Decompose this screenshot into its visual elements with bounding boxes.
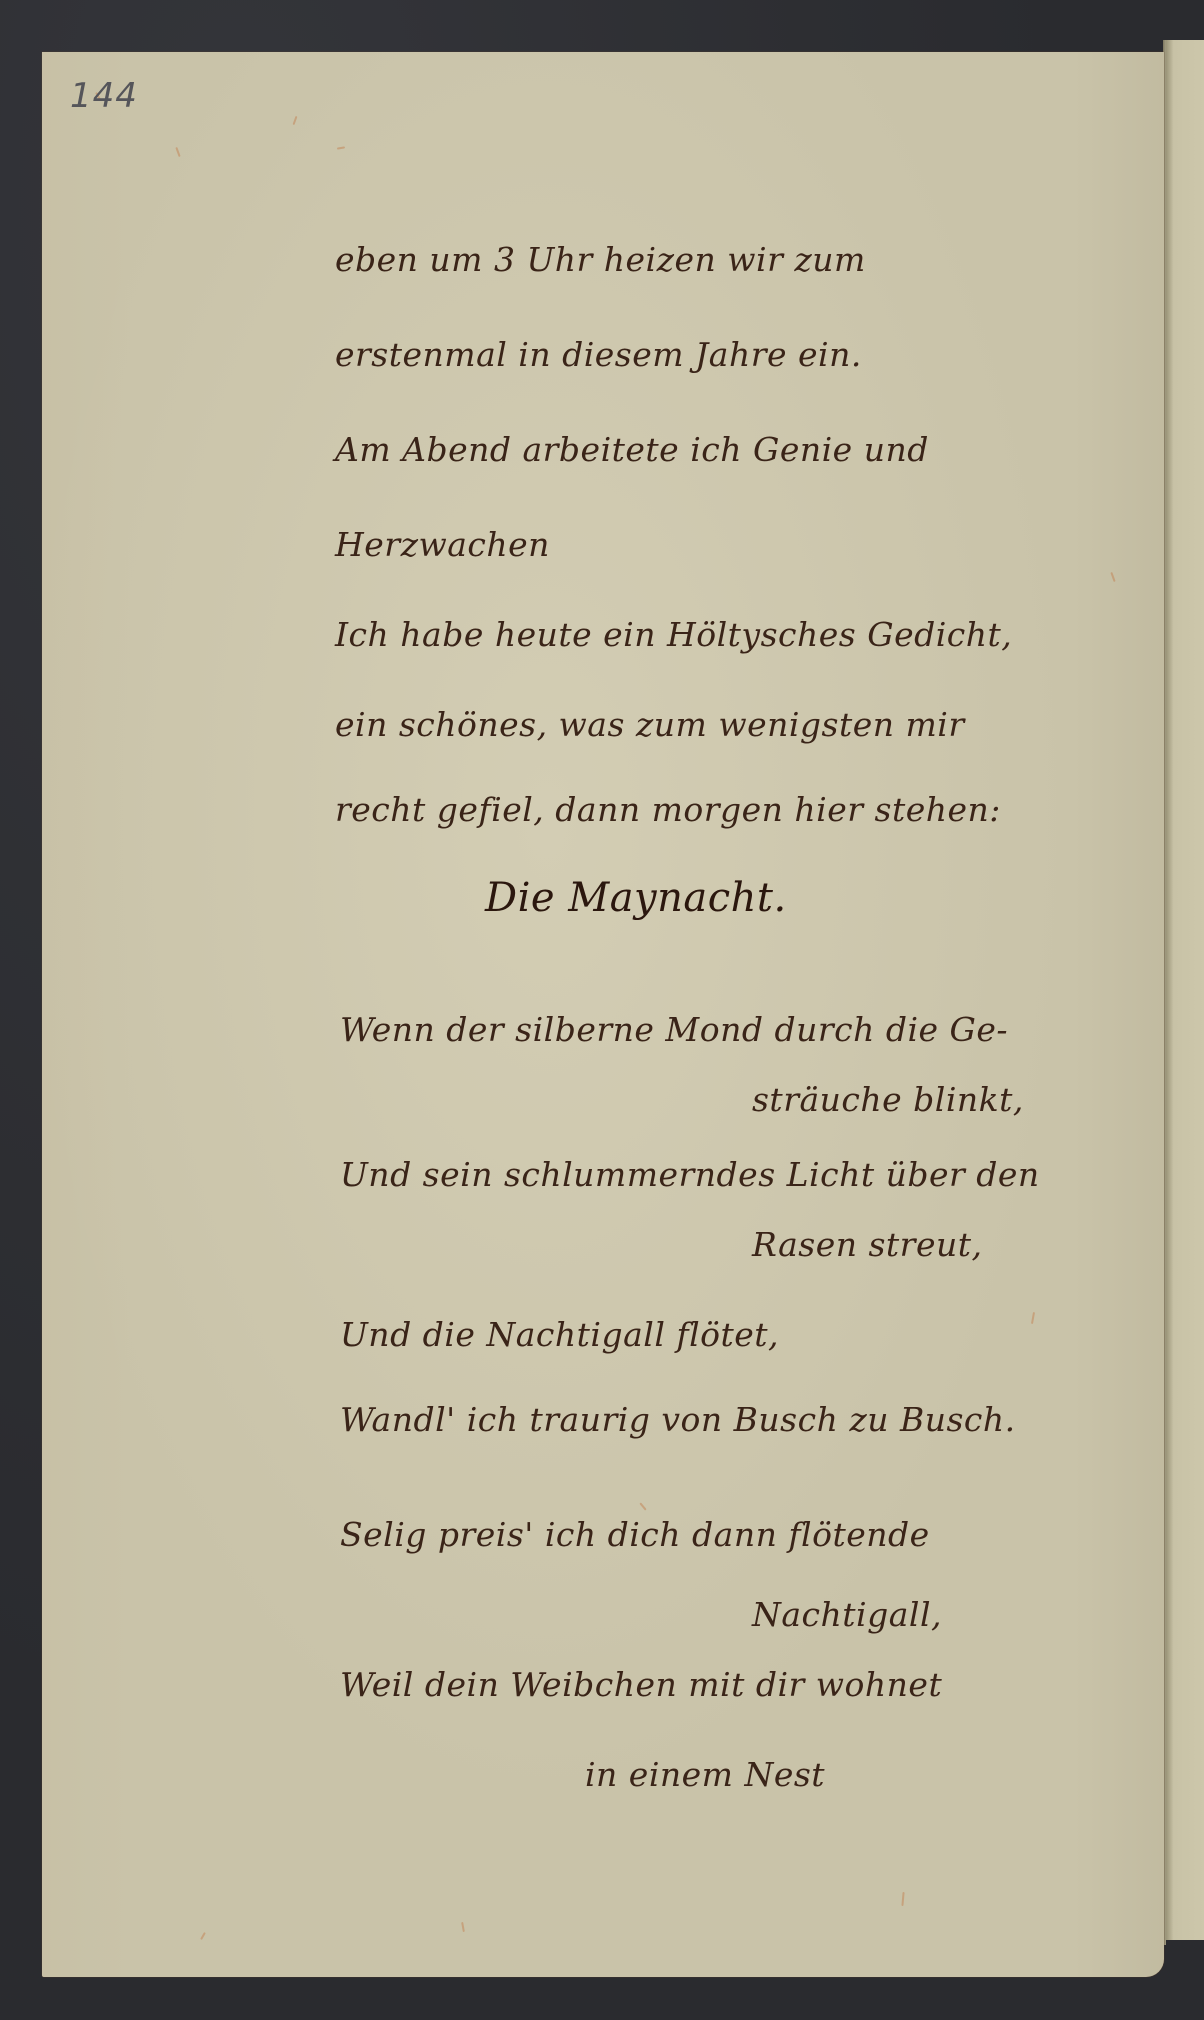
poem-line: Rasen streut, — [752, 1225, 983, 1264]
poem-title: Die Maynacht. — [485, 875, 787, 921]
prose-line: Herzwachen — [335, 525, 550, 564]
paper-fiber — [901, 1892, 904, 1906]
poem-line: Wenn der silberne Mond durch die Ge- — [340, 1010, 1008, 1049]
paper-fiber — [461, 1922, 465, 1932]
poem-line: Und die Nachtigall flötet, — [340, 1315, 779, 1354]
paper-fiber — [639, 1502, 646, 1510]
folio-number: 144 — [70, 76, 138, 116]
poem-line: Weil dein Weibchen mit dir wohnet — [340, 1665, 942, 1704]
paper-fiber — [175, 147, 180, 157]
paper-fiber — [1110, 572, 1115, 582]
paper-fiber — [337, 146, 345, 149]
paper-fiber — [200, 1932, 206, 1940]
prose-line: ein schönes, was zum wenigsten mir — [335, 705, 965, 744]
paper-fiber — [1031, 1312, 1035, 1324]
poem-line: Und sein schlummerndes Licht über den — [340, 1155, 1040, 1194]
adjacent-page-edge — [1166, 40, 1204, 1940]
paper-fiber — [293, 116, 298, 125]
poem-line: in einem Nest — [585, 1755, 825, 1794]
poem-line: Selig preis' ich dich dann flötende — [340, 1515, 930, 1554]
prose-line: Ich habe heute ein Höltysches Gedicht, — [335, 615, 1012, 654]
prose-line: Am Abend arbeitete ich Genie und — [335, 430, 929, 469]
poem-line: Wandl' ich traurig von Busch zu Busch. — [340, 1400, 1016, 1439]
prose-line: eben um 3 Uhr heizen wir zum — [335, 240, 866, 279]
poem-line: Nachtigall, — [752, 1595, 942, 1634]
prose-line: recht gefiel, dann morgen hier stehen: — [335, 790, 1001, 829]
prose-line: erstenmal in diesem Jahre ein. — [335, 335, 862, 374]
poem-line: sträuche blinkt, — [752, 1080, 1024, 1119]
